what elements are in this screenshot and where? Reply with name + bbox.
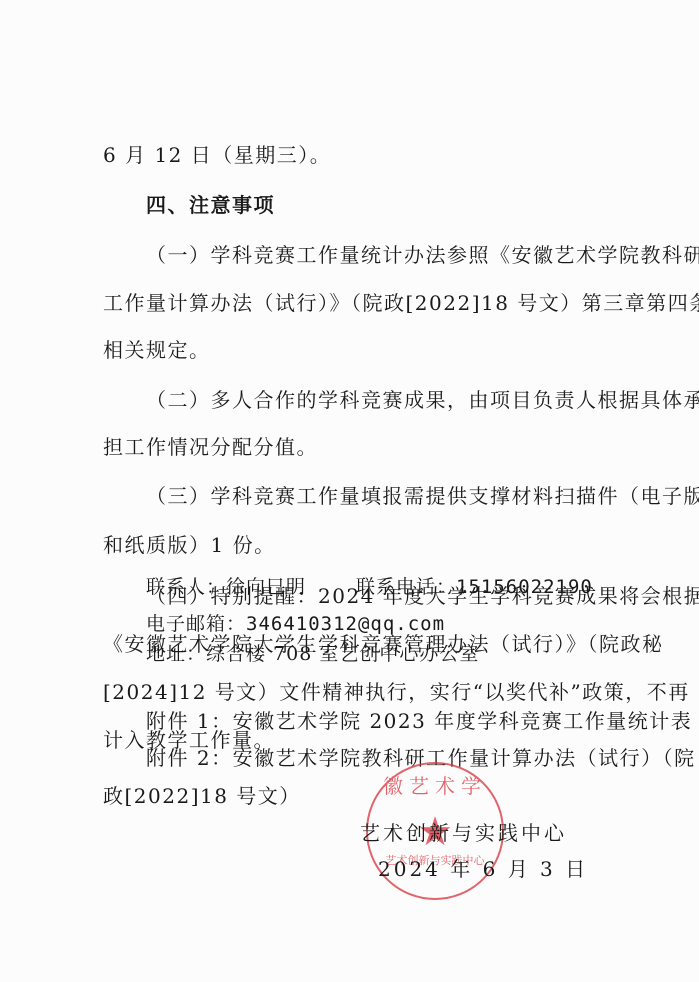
item3-line2: 和纸质版）1 份。: [103, 532, 276, 558]
attachment-1-text: 安徽艺术学院 2023 年度学科竞赛工作量统计表: [233, 709, 693, 733]
attachment-2-continued: 政[2022]18 号文）: [103, 783, 301, 809]
item4-line3: [2024]12 号文）文件精神执行，实行“以奖代补”政策，不再: [103, 679, 690, 705]
contact-person-name: 徐向巳明: [226, 576, 306, 598]
contact-address-label: 地址：: [146, 643, 206, 665]
contact-email-address: 346410312@qq.com: [246, 613, 445, 635]
item1-line2: 工作量计算办法（试行）》（院政[2022]18 号文）第三章第四条: [103, 290, 699, 316]
contact-address-value: 综合楼 708 室艺创中心办公室: [206, 643, 479, 665]
attachment-1: 附件 1：安徽艺术学院 2023 年度学科竞赛工作量统计表: [146, 708, 692, 734]
contact-person: 联系人：徐向巳明: [146, 574, 306, 600]
contact-phone-number: 15156022190: [456, 576, 593, 598]
contact-email: 电子邮箱：346410312@qq.com: [146, 611, 445, 637]
attachment-1-label: 附件 1：: [146, 709, 233, 733]
item1-line3: 相关规定。: [103, 337, 211, 363]
contact-phone-label: 联系电话：: [356, 576, 456, 598]
section-heading-notes: 四、注意事项: [146, 192, 275, 218]
contact-person-label: 联系人：: [146, 576, 226, 598]
document-page: 6 月 12 日（星期三）。 四、注意事项 （一）学科竞赛工作量统计办法参照《安…: [0, 0, 699, 982]
item1-line1: （一）学科竞赛工作量统计办法参照《安徽艺术学院教科研: [146, 242, 699, 268]
item2-line2: 担工作情况分配分值。: [103, 434, 318, 460]
attachment-2-text: 安徽艺术学院教科研工作量计算办法（试行）（院: [233, 746, 696, 770]
contact-address: 地址：综合楼 708 室艺创中心办公室: [146, 641, 479, 667]
date-tail-line: 6 月 12 日（星期三）。: [103, 142, 331, 168]
seal-arc-text: 徽艺术学: [368, 770, 502, 799]
contact-email-label: 电子邮箱：: [146, 613, 246, 635]
signature-org: 艺术创新与实践中心: [360, 820, 567, 846]
contact-phone: 联系电话：15156022190: [356, 574, 593, 600]
attachment-2-label: 附件 2：: [146, 746, 233, 770]
item3-line1: （三）学科竞赛工作量填报需提供支撑材料扫描件（电子版: [146, 483, 699, 509]
signature-date: 2024 年 6 月 3 日: [378, 856, 588, 882]
item2-line1: （二）多人合作的学科竞赛成果，由项目负责人根据具体承: [146, 387, 699, 413]
